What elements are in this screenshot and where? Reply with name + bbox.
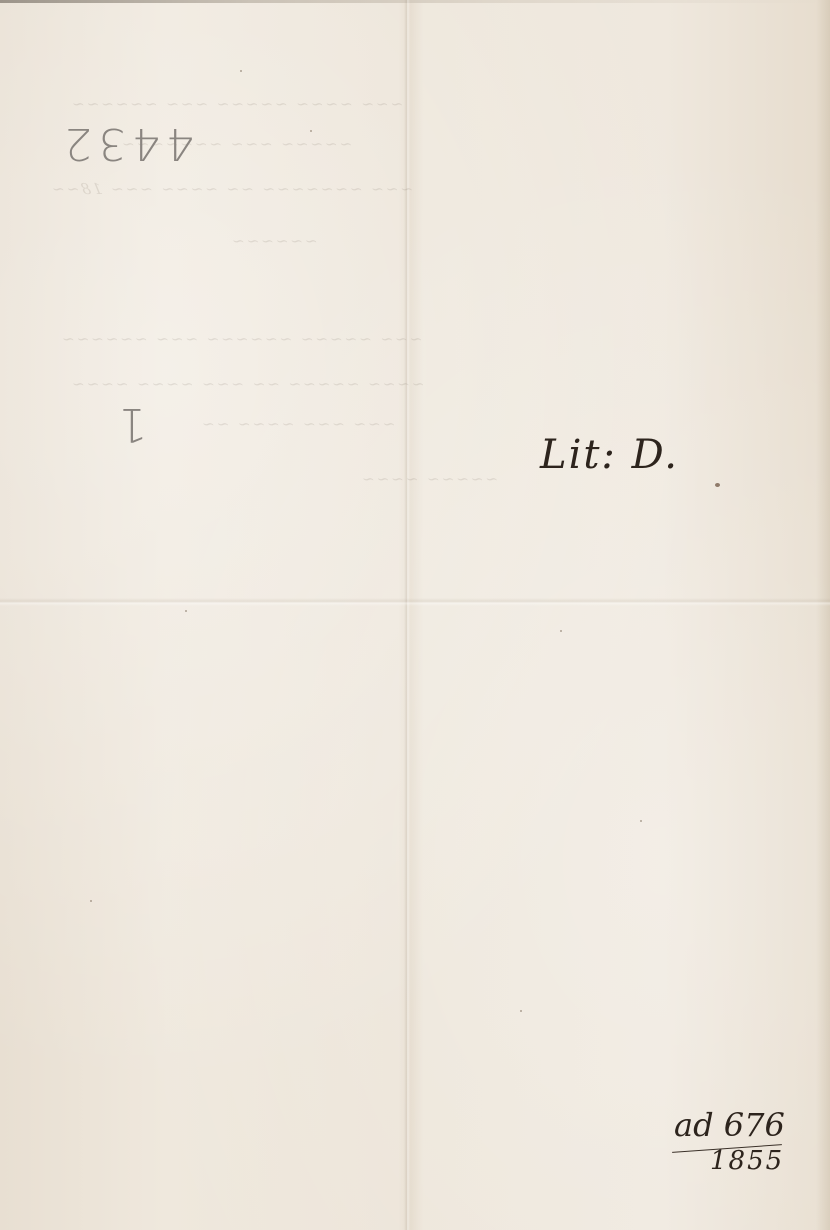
show-through-line: ~~~~ ~~~~~ ~~ ~~~ ~~~~ ~~~~ [68, 375, 426, 393]
show-through-line: ~~~~~ ~~~~ [358, 470, 500, 488]
show-through-line: ~~~ ~~~~ ~~~~~ ~~~ ~~~~~~ [68, 95, 405, 113]
archive-number-pencil: 4432 [58, 118, 194, 169]
show-through-line: ~~~ ~~~~~ ~~~~~~ ~~~ ~~~~~~ [58, 330, 424, 348]
paper-right-edge [816, 0, 830, 1230]
reference-year: 1855 [710, 1146, 784, 1176]
reference-number: ad 676 [674, 1106, 785, 1144]
paper-top-edge [0, 0, 830, 3]
reference-note: ad 676 1855 [668, 1106, 798, 1186]
document-page: ~~~ ~~~~ ~~~~~ ~~~ ~~~~~~ ~~~~~ ~~~ ~~~~… [0, 0, 830, 1230]
lit-label: Lit: D. [540, 432, 679, 478]
show-through-line: ~~~~~~ [228, 232, 319, 250]
show-through-line: ~~~ ~~~~~~~ ~~ ~~~~ ~~~ 18~~ [48, 180, 415, 198]
horizontal-fold-crease [0, 598, 830, 606]
upside-down-stroke-pencil: 1 [118, 398, 147, 452]
show-through-line: ~~~ ~~~ ~~~~ ~~ [198, 415, 397, 433]
